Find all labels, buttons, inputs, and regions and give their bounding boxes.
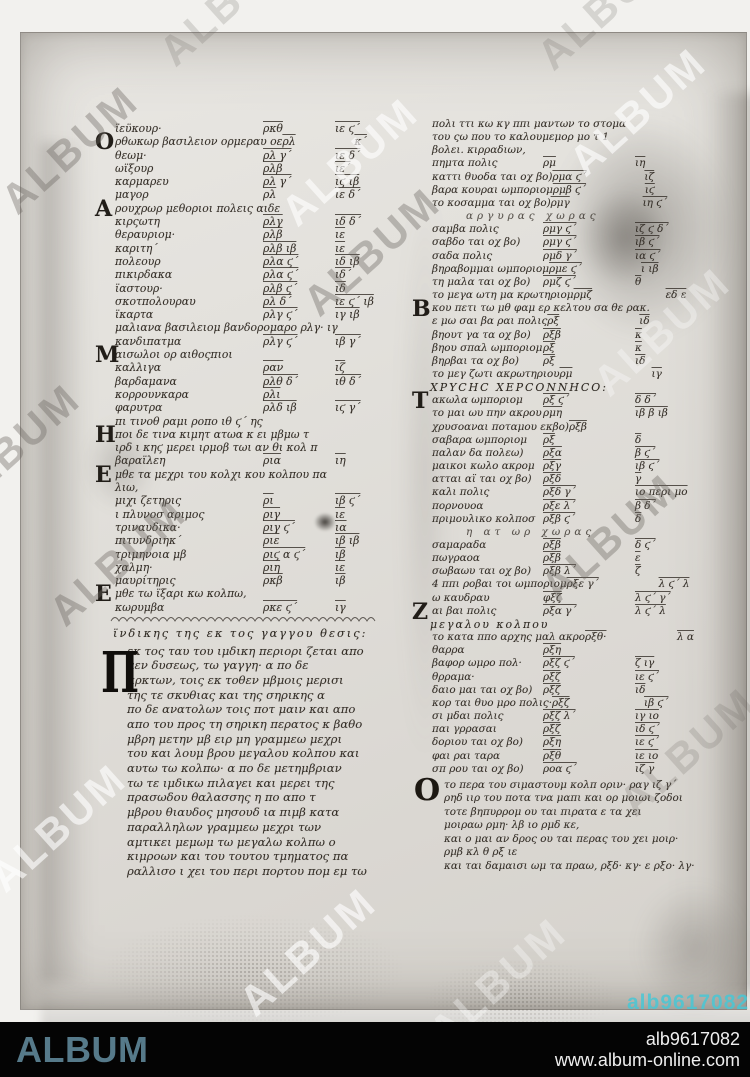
entry-row: μιχι ζετηριςριιβ ϛ´ [103, 494, 393, 507]
text-line: μαλιανα βασιλειομ βανδορομαρο ρλγ· ιγ [103, 321, 338, 334]
entry-row: καριτη΄ρλβ ιβιε [103, 242, 393, 255]
place-name: θρραμα· [420, 671, 543, 684]
paragraph-line: παραλληλων γραμμεω μεχρι των [127, 820, 393, 835]
latitude-value: ιδ ϛ´ [635, 723, 745, 736]
latitude-value: ιζ [644, 171, 750, 184]
entry-row: μαικοι κωλο ακρομρξγιβ ϛ´ [420, 460, 745, 473]
section-heading: ϊνδικης της εκ τος γαγγου θεσις: [103, 627, 393, 640]
longitude-value: ρμζ ϛ´ [543, 276, 635, 289]
entry-row: κωρυμβαρκε ϛ´ιγ [103, 601, 393, 614]
text-line: κου πετι τω μθ φαμ ερ κελτου σα θε ρακ. [420, 302, 650, 315]
longitude-value: ρλγ ϛ´ [263, 308, 335, 321]
paragraph-line: μβρη μετην μβ ειρ μη γραμμεω μεχρι [127, 732, 393, 747]
text-row: μαλιανα βασιλειομ βανδορομαρο ρλγ· ιγ [103, 321, 393, 334]
longitude-value: ρξζ [543, 671, 635, 684]
paragraph-line: εκ τος ταυ του ιμδικη περιορι ζεται απο [127, 644, 393, 659]
latitude-value: β ϛ´ [635, 447, 745, 460]
longitude-value: ρλγ [263, 215, 335, 228]
place-name: μαυρίτηρις [103, 574, 263, 587]
initial-letter: Ο [414, 776, 440, 806]
text-row: λιω, [103, 481, 393, 494]
footer-image-id: alb9617082 [555, 1029, 740, 1050]
longitude-value: ρξη [543, 644, 635, 657]
latitude-value: κ [635, 329, 745, 342]
longitude-value: ρια [263, 454, 335, 467]
longitude-value: ριε [263, 534, 335, 547]
entry-row: σωβαωυ ται οχ βο)ρξβ λ´ζ [420, 565, 745, 578]
text-line: αισωλοι ορ αιθοςπιοι [103, 348, 233, 361]
text-row: Εμθε τα μεχρι του κολχι κου κολπου πα [103, 468, 393, 481]
latitude-value: λ ϛ´ λ [659, 578, 750, 591]
place-name: χαλμη· [103, 561, 263, 574]
entry-row: ω καυδραυφξζλ ϛ´ γ´ [420, 592, 745, 605]
place-name: ρθωκωρ βασιλειον ορμεραυ οε [103, 135, 282, 148]
paragraph-line: μεν δυσεως, τω γαγγη· α πο δε [127, 658, 393, 673]
longitude-value: ριϛ α ϛ´ [263, 548, 335, 561]
entry-row: πικιρδακαρλα ϛ´ιδ´ [103, 268, 393, 281]
latitude-value: ιη [635, 157, 745, 170]
latitude-value: ιβ γ´ [335, 335, 393, 348]
place-name: θαρρα [420, 644, 543, 657]
latitude-value: ιβ ϛ´ [644, 697, 750, 710]
place-name: βαρα κουραι ωμποριομ [420, 184, 553, 197]
place-name: σαμαραδα [420, 539, 543, 552]
longitude-value: ρξ [543, 355, 635, 368]
longitude-value: ρλ [282, 135, 354, 148]
entry-row: μαυρίτηριςρκβιβ [103, 574, 393, 587]
longitude-value: ρλα ϛ´ [263, 255, 335, 268]
text-line: πολι ττι κω κγ ππι μαντων το στομα [420, 118, 626, 131]
entry-row: ε μω σαι βα ραι πολιςρξιδ [420, 315, 745, 328]
longitude-value: ρι [263, 494, 335, 507]
latitude-value: ιγ [335, 601, 393, 614]
latitude-value: ιε [335, 561, 393, 574]
place-name: βηουτ γα τα οχ βο) [420, 329, 543, 342]
longitude-value: ριγ [263, 508, 335, 521]
paragraph-line: το περα του σιμαστουμ κολπ οριν· ραγ ιζ … [444, 779, 745, 793]
entry-row: κανδιπατμαρλγ ϛ´ιβ γ´ [103, 335, 393, 348]
entry-row: δοριου ται οχ βο)ρξηιε ϛ´ [420, 736, 745, 749]
place-name: τριναυδικα· [103, 521, 263, 534]
place-name: βηραβομμαι ωμποριομ [420, 263, 549, 276]
place-name: το μεγα ωτη μα κρωτηριομ [420, 289, 574, 302]
longitude-value: ρξ [543, 342, 635, 355]
place-name: σαμβα πολις [420, 223, 543, 236]
place-name: σι μδαι πολις [420, 710, 543, 723]
longitude-value: ρκθ [263, 122, 335, 135]
longitude-value: φξζ [543, 592, 635, 605]
place-name: πολεουρ [103, 255, 263, 268]
place-name: το μεγ ζωτι ακρωτηριου [420, 368, 560, 381]
latitude-value: ιγ [652, 368, 750, 381]
text-row: Εμθε τω ϊξαρι κω κολπω, [103, 587, 393, 600]
entry-row: πημτα πολιςρμιη [420, 157, 745, 170]
longitude-value: ριη [263, 561, 335, 574]
entry-row: σαβαρα ωμποριομρξδ [420, 434, 745, 447]
place-name: ακωλα ωμποριομ [420, 394, 543, 407]
footer-credits: alb9617082 www.album-online.com [555, 1029, 740, 1070]
place-name: τριμηνοια μβ [103, 548, 263, 561]
latitude-value: ιε ϛ´ [335, 122, 393, 135]
longitude-value: ρξη [543, 736, 635, 749]
latitude-value: ιβ β ιβ [635, 407, 745, 420]
latitude-value: ι ιβ [641, 263, 750, 276]
longitude-value: ρμη [543, 407, 635, 420]
place-name: ω καυδραυ [420, 592, 543, 605]
longitude-value: ρμγ ϛ´ [543, 223, 635, 236]
longitude-value: ρλβ ϛ´ [263, 282, 335, 295]
entry-row: καρμαρευρλ γ´ιϛ ιβ [103, 175, 393, 188]
entry-row: χαλμη·ριηιε [103, 561, 393, 574]
latitude-value: ιε ιο [635, 750, 745, 763]
place-name: τη μαλα ται οχ βο) [420, 276, 543, 289]
place-name: μαγορ [103, 188, 263, 201]
latitude-value: δ [635, 513, 745, 526]
paragraph-line: απο του προς τη σηρικη περατος κ βαθο [127, 717, 393, 732]
latitude-value: ια ϛ´ [635, 250, 745, 263]
latitude-value: ιε ϛ´ ιβ [335, 295, 393, 308]
entry-row: σαμαραδαρξβδ ϛ´ [420, 539, 745, 552]
latitude-value: ιδ [335, 282, 393, 295]
latitude-value: ιδ [635, 684, 745, 697]
text-row: πολι ττι κω κγ ππι μαντων το στομα [420, 118, 745, 131]
text-line: ιρδ ι κηϛ μερει ιρμοβ τωι αν θι κολ π [103, 441, 317, 454]
entry-row: βηου σπαλ ωμποριομρξκ [420, 342, 745, 355]
longitude-value: ρξζ [552, 697, 644, 710]
latitude-value: εδ ε [666, 289, 750, 302]
latitude-value: ιβ ϛ´ [635, 460, 745, 473]
latitude-value: ζ [635, 565, 745, 578]
entry-row: τριμηνοια μβριϛ α ϛ´ιβ [103, 548, 393, 561]
longitude-value: ρλ γ´ [263, 175, 335, 188]
place-name: σωβαωυ ται οχ βο) [420, 565, 543, 578]
place-name: φαρυτρα [103, 401, 263, 414]
latitude-value: ιε [335, 508, 393, 521]
entry-row: δαιο μαι ται οχ βο)ρξζιδ [420, 684, 745, 697]
latitude-value: ζ ιγ [635, 657, 745, 670]
photo-area: ϊεϋκουρ·ρκθιε ϛ´Ορθωκωρ βασιλειον ορμερα… [0, 0, 750, 1022]
place-name: το κοσαμμα ται οχ βο) [420, 197, 551, 210]
place-name: πικιρδακα [103, 268, 263, 281]
entry-row: σι μδαι πολιςρξζ λ´ιγ ιο [420, 710, 745, 723]
latitude-value: ιδ [639, 315, 749, 328]
longitude-value: ρλβ [263, 228, 335, 241]
place-name: το μαι ωυ πην ακρου [420, 407, 543, 420]
place-name: παλαν δα πολεω) [420, 447, 543, 460]
footer-url: www.album-online.com [555, 1050, 740, 1071]
latitude-value: ιϛ γ´ [335, 401, 393, 414]
entry-row: βαραϊλεηριαιη [103, 454, 393, 467]
text-row: Βκου πετι τω μθ φαμ ερ κελτου σα θε ρακ. [420, 302, 745, 315]
latitude-value: ιδ δ´ [335, 215, 393, 228]
longitude-value: ρξζ [543, 684, 635, 697]
entry-row: θρραμα·ρξζιε ϛ´ [420, 671, 745, 684]
longitude-value: ρξδ γ´ [543, 486, 635, 499]
footer-bar: ALBUM alb9617082 www.album-online.com [0, 1022, 750, 1077]
longitude-value: ροα ϛ´ [543, 763, 635, 776]
latitude-value: ιε´ [335, 162, 393, 175]
entry-row: σαμβα πολιςρμγ ϛ´ιζ ϛ δ´ [420, 223, 745, 236]
paragraph-line: μοιραω ρμη· λβ ιο ρμδ κε, [444, 819, 745, 833]
latitude-value: β δ´ [635, 500, 745, 513]
entry-row: βαφορ ωμρο πολ·ρξζ ϛ´ζ ιγ [420, 657, 745, 670]
longitude-value: ραν [263, 361, 335, 374]
latitude-value: ιε ϛ´ [635, 736, 745, 749]
latitude-value: ια [335, 521, 393, 534]
place-name: δαιο μαι ται οχ βο) [420, 684, 543, 697]
latitude-value: ιϛ ιβ [335, 175, 393, 188]
latitude-value: ιγ ιο [635, 710, 745, 723]
place-name: κιρςωτη [103, 215, 263, 228]
place-name: κορρουνκαρα [103, 388, 263, 401]
place-name: ωϊξουρ [103, 162, 263, 175]
longitude-value: ρξα γ´ [543, 605, 635, 618]
manuscript-column-left: ϊεϋκουρ·ρκθιε ϛ´Ορθωκωρ βασιλειον ορμερα… [103, 122, 393, 879]
place-name: θεωμ· [103, 149, 263, 162]
latitude-value: ιβ ϛ´ [635, 236, 745, 249]
entry-row: Τακωλα ωμποριομρξ ϛ´δ δ´ [420, 394, 745, 407]
entry-row: βαρδαμαναρλθ δ´ιθ δ´ [103, 375, 393, 388]
longitude-value: ρλ [263, 188, 335, 201]
longitude-value: ρξβ [569, 421, 661, 434]
paragraph-line: ρμβ κλ θ ρξ ιε [444, 846, 745, 860]
place-name: καλι πολις [420, 486, 543, 499]
place-name: μιχι ζετηρις [103, 494, 263, 507]
entry-row: πωγραοαρξβε [420, 552, 745, 565]
latitude-value: ιζ [335, 361, 393, 374]
place-name: βηρβαι τα οχ βο) [420, 355, 543, 368]
paragraph-line: τω τε ιμδικω πιλαγει και μερει της [127, 776, 393, 791]
place-name: ι πλυνοσ αριμος [103, 508, 263, 521]
paragraph-line: ρηδ ιιρ του ποτα τνα μαπι και ορ μοιωι ζ… [444, 792, 745, 806]
entry-row: θεωμ·ρλ γ´ιε δ´ [103, 149, 393, 162]
entry-row: παλαν δα πολεω)ρξαβ ϛ´ [420, 447, 745, 460]
entry-row: ϊεϋκουρ·ρκθιε ϛ´ [103, 122, 393, 135]
latitude-value: δ [635, 434, 745, 447]
place-name: ατται αϊ ται οχ βο) [420, 473, 543, 486]
longitude-value: ρξε λ´ [543, 500, 635, 513]
longitude-value: ρξζ [543, 723, 635, 736]
latitude-value: ιβ ιβ [335, 534, 393, 547]
latitude-value: ιδ [635, 355, 745, 368]
paragraph-block: Οτο περα του σιμαστουμ κολπ οριν· ραγ ιζ… [420, 779, 745, 874]
latitude-value: ιζ γ [635, 763, 745, 776]
latitude-value: ιο περι μο [635, 486, 745, 499]
longitude-value: ρμ [543, 157, 635, 170]
entry-row: παι γρρασαιρξζιδ ϛ´ [420, 723, 745, 736]
longitude-value: ρμζ [574, 289, 666, 302]
divider-row [103, 614, 393, 627]
text-row: πι τινοθ ραμι ροπο ιθ ϛ´ ης [103, 415, 393, 428]
paragraph-line: μβρου θιαυδος μησουδ ια πιμβ κατα [127, 805, 393, 820]
place-name: σαβδο ται οχ βο) [420, 236, 543, 249]
longitude-value: ρλβ ιβ [263, 242, 335, 255]
text-line: λιω, [103, 481, 138, 494]
longitude-value: ρκε ϛ´ [263, 601, 335, 614]
longitude-value: ρξβ λ´ [543, 565, 635, 578]
longitude-value: ρξα [543, 447, 635, 460]
entry-row: ι πλυνοσ αριμοςριγιε [103, 508, 393, 521]
place-name: κωρυμβα [103, 601, 263, 614]
latitude-value: δ δ´ [635, 394, 745, 407]
longitude-value: ρξβ ϛ´ [543, 513, 635, 526]
place-name: πωγραοα [420, 552, 543, 565]
entry-row: φαι ραι ταραρξθιε ιο [420, 750, 745, 763]
place-name: καλλιγα [103, 361, 263, 374]
longitude-value: ρξζ ϛ´ [543, 657, 635, 670]
longitude-value: ρξθ [543, 750, 635, 763]
entry-row: σαβδο ται οχ βο)ρμγ ϛ´ιβ ϛ´ [420, 236, 745, 249]
text-line: ρουχρωρ μεθοριοι πολεις αιδε [103, 202, 280, 215]
stain [41, 143, 87, 983]
longitude-value: ρμγ [551, 197, 643, 210]
paragraph-line: αρκτων, τοις εκ τοθεν μβμοις μερισι [127, 673, 393, 688]
longitude-value: ρλ γ´ [263, 149, 335, 162]
longitude-value: ρξθ· [585, 631, 677, 644]
entry-row: σκοτπολουραυρλ δ´ιε ϛ´ ιβ [103, 295, 393, 308]
paragraph-line: τοτε βηπυρρομ ου ται πιρατα ε τα χει [444, 806, 745, 820]
latitude-value: ιζ ϛ δ´ [635, 223, 745, 236]
place-name: καριτη΄ [103, 242, 263, 255]
entry-row: Ζαι βαι πολιςρξα γ´λ ϛ´ λ [420, 605, 745, 618]
latitude-value: ιγ ιβ [335, 308, 393, 321]
place-name: δοριου ται οχ βο) [420, 736, 543, 749]
latitude-value: ιβ ϛ´ [335, 494, 393, 507]
text-row: Ηποι δε τινα κιμητ ατωα κ ει μβμω τ [103, 428, 393, 441]
longitude-value: ρμ [560, 368, 652, 381]
longitude-value: ρξγ [543, 460, 635, 473]
entry-row: βαρα κουραι ωμποριομρμβ ϛ´ιϛ [420, 184, 745, 197]
entry-row: βηραβομμαι ωμποριομρμε ϛ´ι ιβ [420, 263, 745, 276]
entry-row: βηουτ γα τα οχ βο)ρξβκ [420, 329, 745, 342]
paragraph-line: του και λουμ βρου μεγαλου κολπου και [127, 746, 393, 761]
paragraph-line: ραλλισο ι χει του περι πορτου πομ εμ τω [127, 864, 393, 879]
place-name: πριμουλικο κολποσ [420, 513, 543, 526]
latitude-value: ιϛ [645, 184, 750, 197]
paragraph-line: πρασωδου θαλασσης η πο απο τ [127, 790, 393, 805]
entry-row: ωϊξουρρλβιε´ [103, 162, 393, 175]
text-row: βολει. κιρραδιων, [420, 144, 745, 157]
longitude-value: ρκβ [263, 574, 335, 587]
longitude-value: ρλγ ϛ´ [263, 335, 335, 348]
latitude-value: ιε [335, 228, 393, 241]
place-name: αι βαι πολις [420, 605, 543, 618]
entry-row: φαρυτραρλδ ιβιϛ γ´ [103, 401, 393, 414]
section-heading: μεγαλου κολπου [420, 618, 745, 631]
section-heading: ΧΡΥCΗC ΧΕΡCΟΝΝΗCΟ: [420, 381, 745, 394]
entry-row: σπ ρου ται οχ βο)ροα ϛ´ιζ γ [420, 763, 745, 776]
place-name: σαδα πολις [420, 250, 543, 263]
place-name: βαφορ ωμρο πολ· [420, 657, 543, 670]
place-name: πορνουοα [420, 500, 543, 513]
text-row: Μαισωλοι ορ αιθοςπιοι [103, 348, 393, 361]
latitude-value: θ [635, 276, 745, 289]
longitude-value: ριγ ϛ´ [263, 521, 335, 534]
latitude-value: κ [635, 342, 745, 355]
entry-row: ϊαστουρ·ρλβ ϛ´ιδ [103, 282, 393, 295]
entry-row: κορ ται θυο μρο πολις·ρξζιβ ϛ´ [420, 697, 745, 710]
manuscript-column-right: πολι ττι κω κγ ππι μαντων το στοματου ςω… [420, 118, 745, 873]
longitude-value: ρλβ [263, 162, 335, 175]
longitude-value: ρλθ δ´ [263, 375, 335, 388]
place-name: θεραυριομ· [103, 228, 263, 241]
entry-row: το μεγα ωτη μα κρωτηριομρμζεδ ε [420, 289, 745, 302]
place-name: καττι θυοδα ται οχ βο) [420, 171, 552, 184]
latitude-value: λ ϛ´ γ´ [635, 592, 745, 605]
latitude-value: ιε [335, 242, 393, 255]
place-name: μαικοι κωλο ακρομ [420, 460, 543, 473]
longitude-value: ρλ δ´ [263, 295, 335, 308]
text-line: βολει. κιρραδιων, [420, 144, 526, 157]
place-name: καρμαρευ [103, 175, 263, 188]
longitude-value: ρξζ λ´ [543, 710, 635, 723]
place-name: παι γρρασαι [420, 723, 543, 736]
entry-row: σαδα πολιςρμδ γ´ια ϛ´ [420, 250, 745, 263]
longitude-value: ρμβ ϛ´ [553, 184, 645, 197]
place-name: σκοτπολουραυ [103, 295, 263, 308]
entry-row: μαγορρλιε δ´ [103, 188, 393, 201]
text-line: ποι δε τινα κιμητ ατωα κ ει μβμω τ [103, 428, 309, 441]
place-name: πιτυνδριηκ΄ [103, 534, 263, 547]
entry-row: κορρουνκαραρλι [103, 388, 393, 401]
longitude-value: ρμδ γ´ [543, 250, 635, 263]
text-line: πι τινοθ ραμι ροπο ιθ ϛ´ ης [103, 415, 263, 428]
latitude-value: ιη ϛ´ [643, 197, 750, 210]
place-name: φαι ραι ταρα [420, 750, 543, 763]
latitude-value: λ α [677, 631, 750, 644]
sub-heading: η ατ ωρ χωρας [420, 526, 745, 539]
entry-row: ϊκαρταρλγ ϛ´ιγ ιβ [103, 308, 393, 321]
paragraph-block: Πεκ τος ταυ του ιμδικη περιορι ζεται απο… [103, 644, 393, 879]
latitude-value: ιε ϛ´ [635, 671, 745, 684]
place-name: χρυσοαναι ποταμου εκβο) [420, 421, 569, 434]
entry-row: πριμουλικο κολποσρξβ ϛ´δ [420, 513, 745, 526]
paragraph-line: πο δε ανατολων τοις ποτ μαιν και απο [127, 702, 393, 717]
latitude-value: κ´ [354, 135, 412, 148]
longitude-value: ρμα ϛ´ [552, 171, 644, 184]
entry-row: χρυσοαναι ποταμου εκβο)ρξβ [420, 421, 745, 434]
entry-row: θεραυριομ·ρλβιε [103, 228, 393, 241]
longitude-value: ρλι [263, 388, 335, 401]
place-name: ϊαστουρ· [103, 282, 263, 295]
text-row: Αρουχρωρ μεθοριοι πολεις αιδε [103, 202, 393, 215]
place-name: πημτα πολις [420, 157, 543, 170]
paragraph-line: αυτω τω κολπω· α πο δε μετημβριαν [127, 761, 393, 776]
longitude-value: ρξ [543, 434, 635, 447]
latitude-value: ιε δ´ [335, 149, 393, 162]
latitude-value: ιθ δ´ [335, 375, 393, 388]
longitude-value: ρξβ [543, 329, 635, 342]
longitude-value: ρξ [547, 315, 639, 328]
entry-row: κιρςωτηρλγιδ δ´ [103, 215, 393, 228]
entry-row: τριναυδικα·ριγ ϛ´ια [103, 521, 393, 534]
latitude-value: δ ϛ´ [635, 539, 745, 552]
place-name: ε μω σαι βα ραι πολις [420, 315, 547, 328]
latitude-value: ιβ [335, 548, 393, 561]
longitude-value: ρξ ϛ´ [543, 394, 635, 407]
entry-row: το μαι ωυ πην ακρουρμηιβ β ιβ [420, 407, 745, 420]
paragraph-line: και ται δαμαισι ωμ τα πραω, ρξδ· κγ· ε ρ… [444, 860, 745, 874]
entry-row: Ορθωκωρ βασιλειον ορμεραυ οερλκ´ [103, 135, 393, 148]
place-name: 4 ππι ροβαι τοι ωμποριομ [420, 578, 567, 591]
footer-brand-logo: ALBUM [16, 1029, 148, 1071]
sub-heading: αργυρας χωρας [420, 210, 745, 223]
entry-row: 4 ππι ροβαι τοι ωμποριομρξε γ´λ ϛ´ λ [420, 578, 745, 591]
place-name: σαβαρα ωμποριομ [420, 434, 543, 447]
text-line: μθε τα μεχρι του κολχι κου κολπου πα [103, 468, 327, 481]
latitude-value: ε [635, 552, 745, 565]
longitude-value: ρξδ [543, 473, 635, 486]
